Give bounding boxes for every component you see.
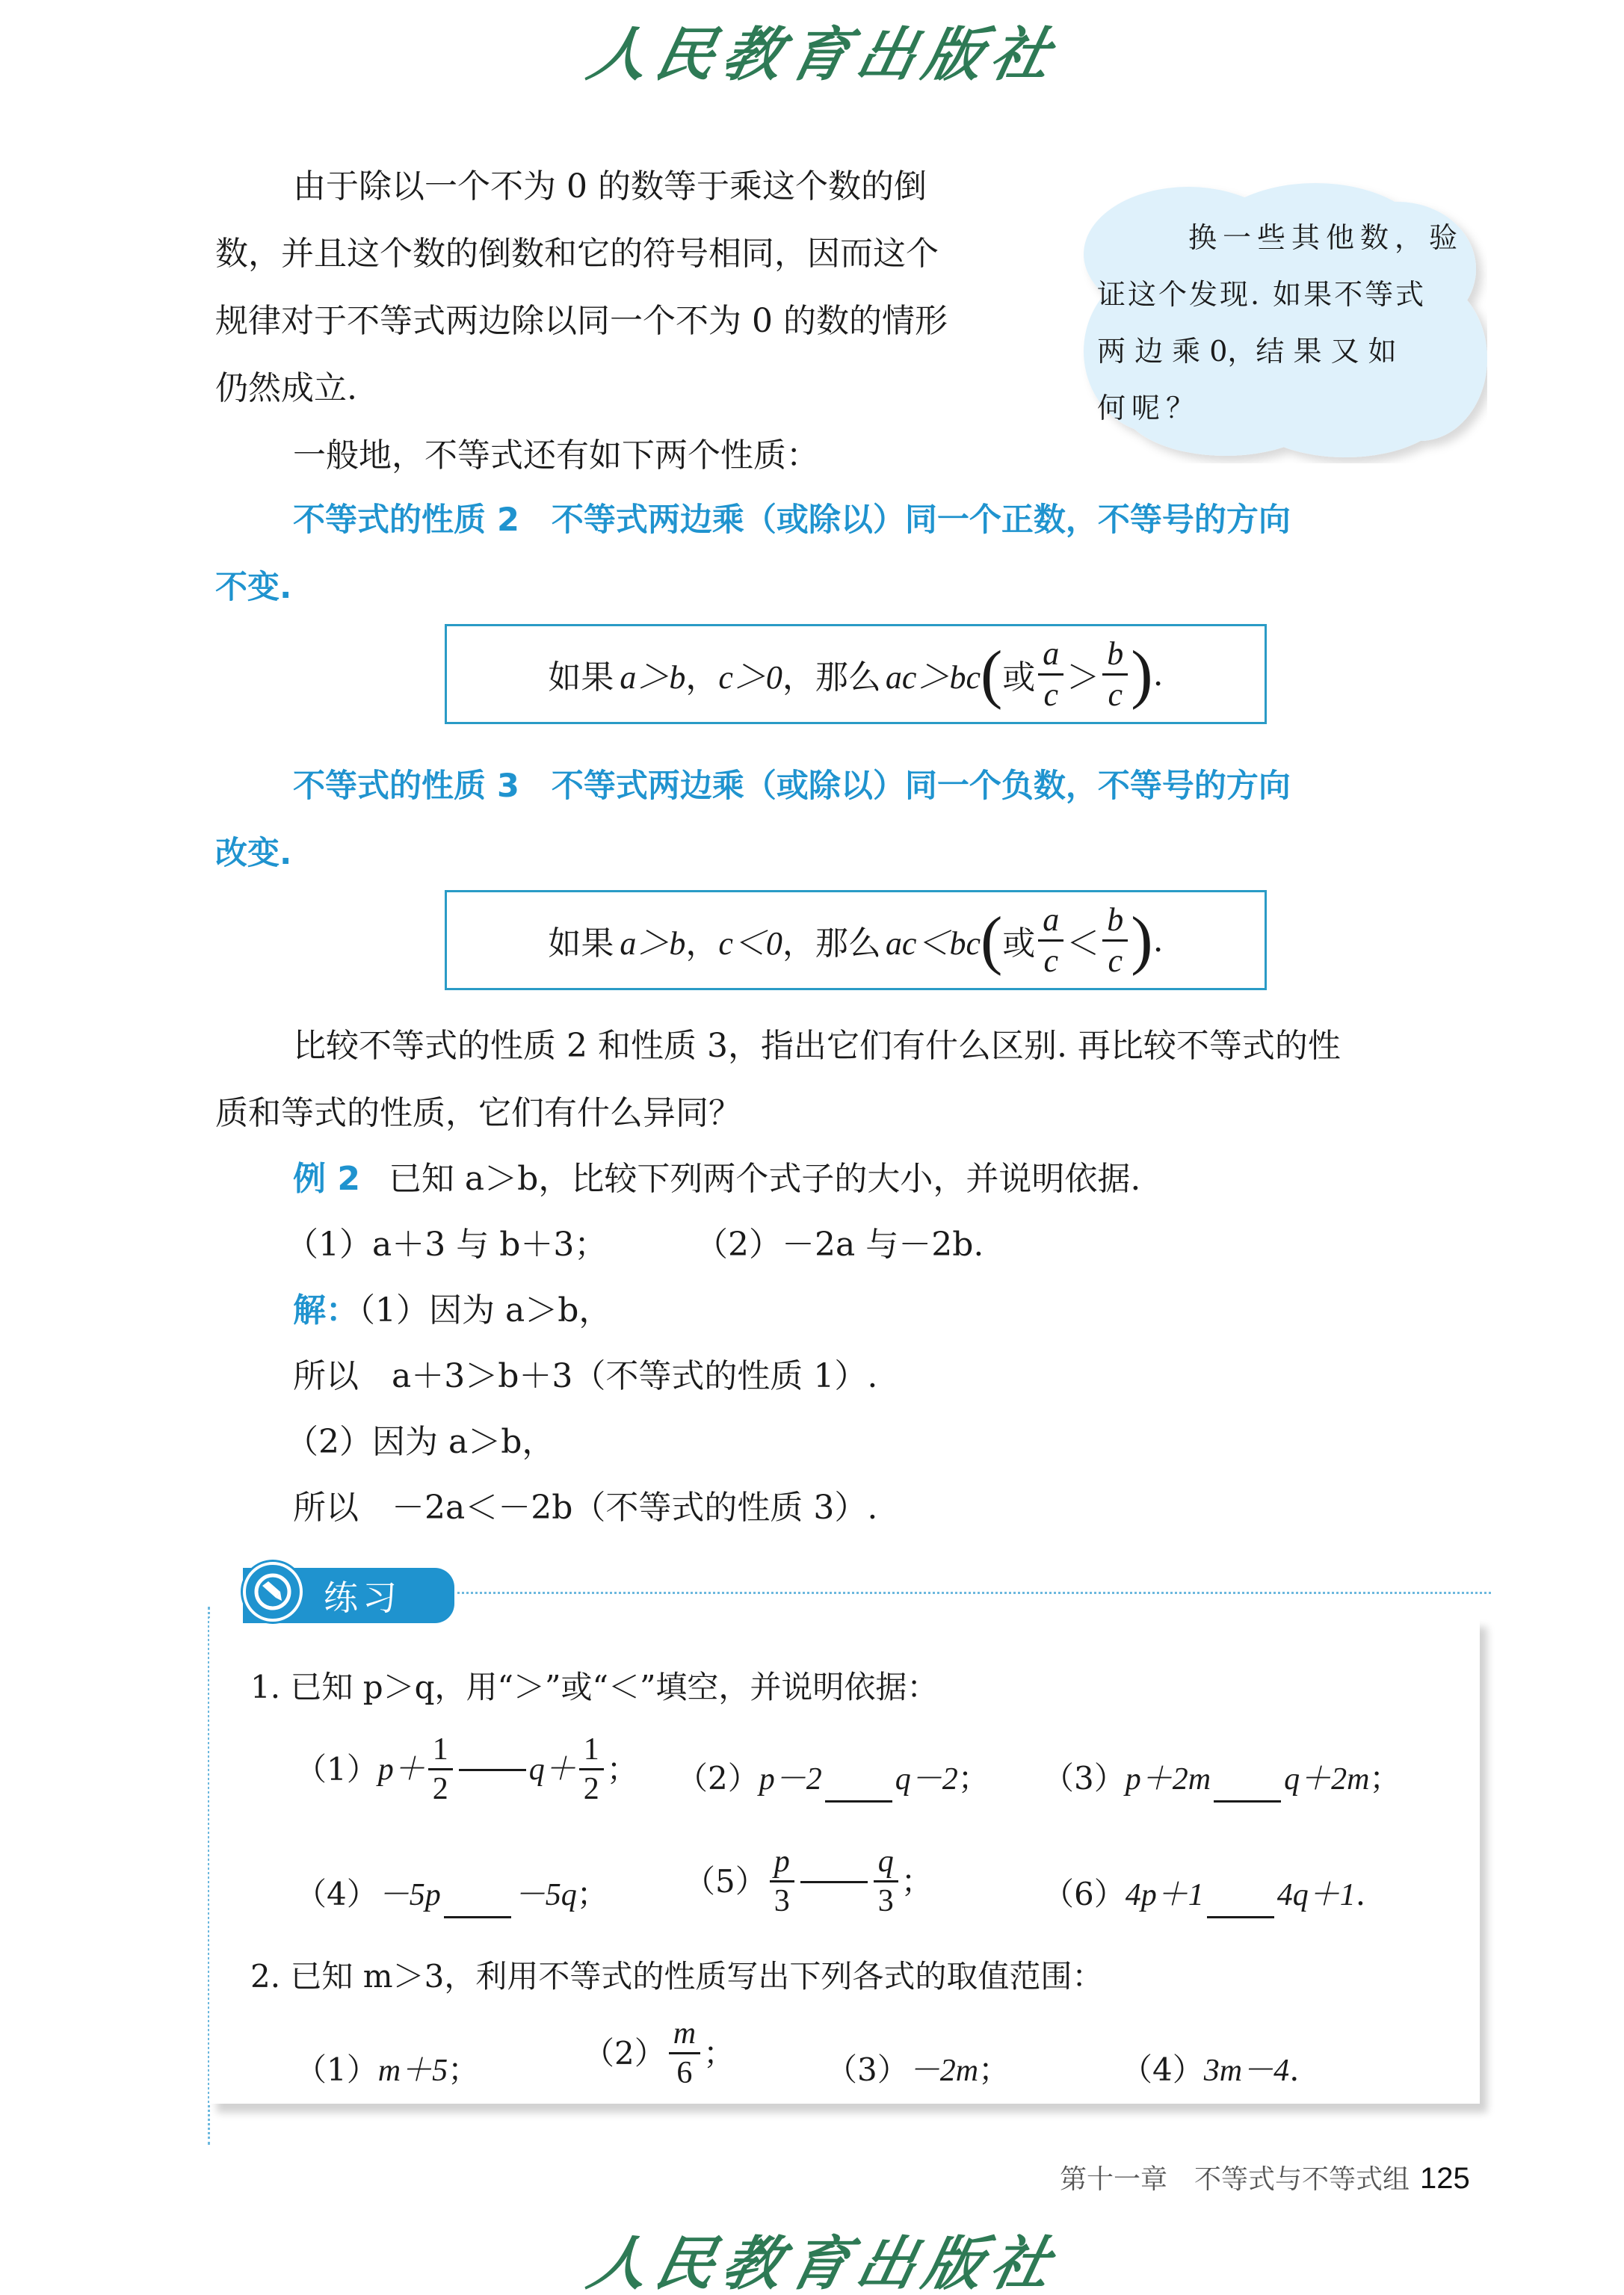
answer-blank[interactable] bbox=[444, 1915, 511, 1918]
left-paren: ( bbox=[981, 637, 1002, 712]
formula-text: ，那么 bbox=[782, 650, 881, 698]
property-3-formula-box: 如果 a＞b ， c＜0 ，那么 ac＜bc ( 或 a c ＜ b c ) . bbox=[445, 890, 1267, 990]
item-end: ； bbox=[577, 1876, 608, 1912]
item-math: q＋2m bbox=[1284, 1762, 1369, 1797]
item-label: （3） bbox=[1043, 1760, 1126, 1797]
item-label: （4） bbox=[1121, 2051, 1204, 2088]
formula-text: 如果 bbox=[548, 916, 614, 964]
formula-math: a＞b bbox=[620, 916, 685, 964]
logo-char: 教 bbox=[715, 2217, 794, 2295]
denominator: c bbox=[1108, 676, 1123, 711]
intro-line-2: 数，并且这个数的倒数和它的符号相同，因而这个 bbox=[215, 221, 939, 287]
item-math: p＋2m bbox=[1126, 1762, 1211, 1797]
numerator: a bbox=[1038, 637, 1063, 676]
logo-char: 育 bbox=[782, 8, 862, 92]
solution-line-4: 所以 －2a＜－2b（不等式的性质 3）. bbox=[293, 1475, 877, 1541]
exercise-q2-item-4: （4）3m－4. bbox=[1121, 2048, 1299, 2093]
exercise-q1-item-1: （1） p＋ 1 2 q＋ 1 2 ； bbox=[295, 1734, 638, 1805]
exercise-title: 练习 bbox=[324, 1571, 401, 1620]
denominator: 2 bbox=[584, 1770, 599, 1805]
example-label: 例 2 bbox=[293, 1160, 360, 1198]
thought-cloud: 换一些其他数，验 证这个发现. 如果不等式 两 边 乘 0，结 果 又 如 何呢… bbox=[1076, 164, 1487, 463]
formula-text: ，那么 bbox=[782, 916, 881, 964]
item-end: ； bbox=[958, 1760, 989, 1797]
cloud-line-3: 两 边 乘 0，结 果 又 如 bbox=[1097, 323, 1397, 380]
item-end: ； bbox=[901, 1859, 933, 1904]
formula-text: . bbox=[1153, 921, 1164, 960]
item-end: ； bbox=[703, 2031, 735, 2076]
intro-line-3: 规律对于不等式两边除以同一个不为 0 的数的情形 bbox=[215, 288, 948, 354]
intro-line-1: 由于除以一个不为 0 的数等于乘这个数的倒 bbox=[293, 154, 927, 220]
numerator: a bbox=[1038, 904, 1063, 942]
exercise-q1-item-2: （2）p－2q－2； bbox=[676, 1756, 989, 1803]
fraction: b c bbox=[1102, 637, 1128, 711]
property-2-formula-box: 如果 a＞b ， c＞0 ，那么 ac＞bc ( 或 a c ＞ b c ) . bbox=[445, 624, 1267, 724]
intro-line-4: 仍然成立. bbox=[215, 356, 357, 421]
numerator: p bbox=[770, 1846, 794, 1882]
exercise-q2-item-1: （1）m＋5； bbox=[295, 2048, 479, 2093]
fraction: b c bbox=[1102, 904, 1128, 977]
page-number: 125 bbox=[1420, 2162, 1470, 2196]
exercise-dotted-rule bbox=[452, 1592, 1491, 1594]
item-label: （4） bbox=[295, 1876, 378, 1912]
fraction: 1 2 bbox=[428, 1734, 453, 1805]
item-math: p＋ bbox=[378, 1747, 425, 1792]
item-math: 4p＋1 bbox=[1126, 1878, 1204, 1912]
exercise-q1-item-4: （4）－5p－5q； bbox=[295, 1872, 608, 1918]
general-statement: 一般地，不等式还有如下两个性质： bbox=[293, 423, 819, 489]
logo-char: 版 bbox=[916, 8, 995, 92]
logo-char: 民 bbox=[649, 2217, 728, 2295]
item-label: （2） bbox=[583, 2031, 666, 2076]
item-math: 3m－4 bbox=[1204, 2054, 1289, 2088]
pencil-icon bbox=[243, 1562, 303, 1622]
numerator: b bbox=[1102, 637, 1128, 676]
logo-char: 教 bbox=[715, 8, 794, 92]
logo-char: 人 bbox=[581, 2217, 661, 2295]
formula-text: ， bbox=[685, 650, 718, 698]
exercise-q1-item-6: （6）4p＋14q＋1. bbox=[1043, 1872, 1365, 1918]
logo-char: 出 bbox=[850, 2217, 929, 2295]
formula-text: 或 bbox=[1002, 916, 1035, 964]
relation-sign: ＜ bbox=[1066, 916, 1099, 964]
answer-blank[interactable] bbox=[1207, 1915, 1274, 1918]
denominator: 3 bbox=[774, 1882, 790, 1917]
fraction: q 3 bbox=[874, 1846, 898, 1917]
cloud-line-1: 换一些其他数，验 bbox=[1188, 209, 1463, 266]
exercise-q1-item-5: （5） p 3 q 3 ； bbox=[684, 1846, 933, 1917]
formula-text: 如果 bbox=[548, 650, 614, 698]
item-label: （5） bbox=[684, 1859, 767, 1904]
left-paren: ( bbox=[981, 903, 1002, 978]
exercise-q2-stem: 2. 已知 m＞3，利用不等式的性质写出下列各式的取值范围： bbox=[250, 1954, 1103, 1999]
exercise-q1-stem: 1. 已知 p＞q，用“＞”或“＜”填空，并说明依据： bbox=[250, 1665, 938, 1710]
solution-line-1: 解：（1）因为 a＞b， bbox=[293, 1278, 611, 1344]
numerator: q bbox=[874, 1846, 898, 1882]
item-math: p－2 bbox=[759, 1762, 822, 1797]
item-label: （1） bbox=[295, 1747, 378, 1792]
formula-math: ac＜bc bbox=[886, 916, 981, 964]
denominator: c bbox=[1108, 942, 1123, 977]
formula-text: ， bbox=[685, 916, 718, 964]
numerator: 1 bbox=[428, 1734, 453, 1770]
item-math: q－2 bbox=[895, 1762, 958, 1797]
formula-math: c＜0 bbox=[718, 916, 782, 964]
formula-text: . bbox=[1153, 655, 1164, 694]
item-end: ； bbox=[978, 2051, 1010, 2088]
solution-text: （1）因为 a＞b， bbox=[359, 1291, 611, 1329]
logo-char: 社 bbox=[984, 8, 1063, 92]
answer-blank[interactable] bbox=[800, 1880, 868, 1883]
item-label: （3） bbox=[826, 2051, 909, 2088]
item-end: ； bbox=[1369, 1760, 1401, 1797]
cloud-line-2: 证这个发现. 如果不等式 bbox=[1097, 266, 1426, 323]
item-math: －2m bbox=[909, 2054, 978, 2088]
example-part-2: （2）－2a 与－2b. bbox=[695, 1212, 984, 1278]
logo-char: 版 bbox=[916, 2217, 995, 2295]
example-statement: 已知 a＞b，比较下列两个式子的大小，并说明依据. bbox=[389, 1160, 1140, 1198]
right-paren: ) bbox=[1131, 903, 1152, 978]
item-end: . bbox=[1289, 2051, 1299, 2088]
solution-line-2: 所以 a＋3＞b＋3（不等式的性质 1）. bbox=[293, 1344, 877, 1409]
denominator: c bbox=[1044, 676, 1059, 711]
item-label: （2） bbox=[676, 1760, 759, 1797]
formula-math: a＞b bbox=[620, 650, 685, 698]
property-2-heading: 不等式的性质 2 不等式两边乘（或除以）同一个正数，不等号的方向 bbox=[293, 487, 1291, 553]
example-2: 例 2 已知 a＞b，比较下列两个式子的大小，并说明依据. bbox=[293, 1146, 1140, 1212]
item-math: m＋5 bbox=[378, 2054, 448, 2088]
right-paren: ) bbox=[1131, 637, 1152, 712]
numerator: 1 bbox=[579, 1734, 604, 1770]
fraction: 1 2 bbox=[579, 1734, 604, 1805]
publisher-logo-bottom: 人 民 教 育 出 版 社 bbox=[583, 2225, 1060, 2293]
denominator: 2 bbox=[433, 1770, 448, 1805]
item-math: 4q＋1 bbox=[1277, 1878, 1356, 1912]
exercise-q2-item-3: （3）－2m； bbox=[826, 2048, 1010, 2093]
property-2-line-2: 不变. bbox=[215, 555, 291, 620]
compare-line-1: 比较不等式的性质 2 和性质 3，指出它们有什么区别. 再比较不等式的性 bbox=[293, 1013, 1341, 1079]
item-label: （1） bbox=[295, 2051, 378, 2088]
logo-char: 出 bbox=[850, 8, 929, 92]
solution-line-3: （2）因为 a＞b， bbox=[285, 1409, 555, 1475]
fraction: p 3 bbox=[770, 1846, 794, 1917]
answer-blank[interactable] bbox=[825, 1800, 892, 1803]
chapter-title: 第十一章 不等式与不等式组 bbox=[1060, 2158, 1410, 2196]
answer-blank[interactable] bbox=[1214, 1800, 1281, 1803]
item-label: （6） bbox=[1043, 1876, 1126, 1912]
logo-char: 人 bbox=[581, 8, 661, 92]
page-footer: 第十一章 不等式与不等式组 125 bbox=[1060, 2158, 1470, 2196]
property-3-line-2: 改变. bbox=[215, 821, 291, 886]
logo-char: 社 bbox=[984, 2217, 1063, 2295]
item-math: －5q bbox=[514, 1878, 577, 1912]
denominator: c bbox=[1044, 942, 1059, 977]
exercise-q1-item-3: （3）p＋2mq＋2m； bbox=[1043, 1756, 1401, 1803]
fraction: m 6 bbox=[669, 2018, 700, 2089]
exercise-q2-item-2: （2） m 6 ； bbox=[583, 2018, 735, 2089]
item-end: ； bbox=[607, 1747, 638, 1792]
fraction: a c bbox=[1038, 904, 1063, 977]
item-end: . bbox=[1356, 1876, 1365, 1912]
formula-math: c＞0 bbox=[718, 650, 782, 698]
publisher-logo-top: 人 民 教 育 出 版 社 bbox=[583, 16, 1060, 84]
denominator: 3 bbox=[878, 1882, 894, 1917]
item-end: ； bbox=[448, 2051, 479, 2088]
numerator: m bbox=[669, 2018, 700, 2054]
logo-char: 育 bbox=[782, 2217, 862, 2295]
property-3-heading: 不等式的性质 3 不等式两边乘（或除以）同一个负数，不等号的方向 bbox=[293, 753, 1291, 819]
relation-sign: ＞ bbox=[1066, 650, 1099, 698]
numerator: b bbox=[1102, 904, 1128, 942]
pencil-glyph-icon bbox=[253, 1572, 292, 1611]
denominator: 6 bbox=[676, 2054, 692, 2089]
example-part-1: （1）a＋3 与 b＋3； bbox=[285, 1212, 607, 1278]
item-math: q＋ bbox=[529, 1747, 576, 1792]
cloud-line-4: 何呢？ bbox=[1097, 380, 1200, 436]
solution-label: 解： bbox=[293, 1291, 359, 1329]
formula-math: ac＞bc bbox=[886, 650, 981, 698]
item-math: －5p bbox=[378, 1878, 441, 1912]
formula-text: 或 bbox=[1002, 650, 1035, 698]
compare-line-2: 质和等式的性质，它们有什么异同？ bbox=[215, 1081, 741, 1146]
fraction: a c bbox=[1038, 637, 1063, 711]
logo-char: 民 bbox=[649, 8, 728, 92]
answer-blank[interactable] bbox=[459, 1768, 526, 1771]
